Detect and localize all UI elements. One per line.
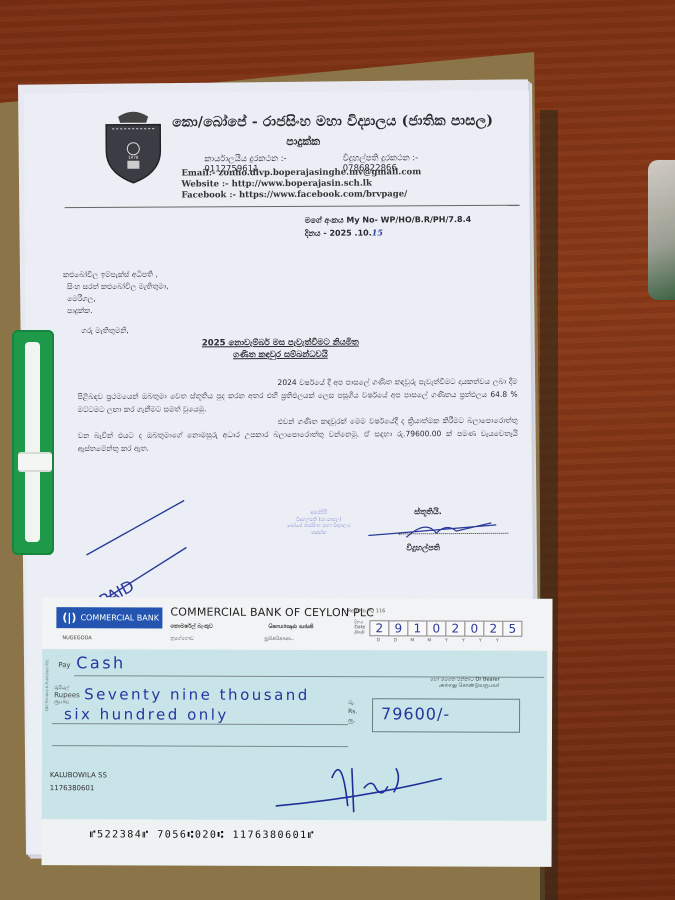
date-digit[interactable]: 0 xyxy=(464,621,484,637)
date-digit[interactable]: 2 xyxy=(483,621,503,637)
date-digit[interactable]: 9 xyxy=(388,620,408,636)
bank-logo-icon: (|) xyxy=(62,611,76,624)
amount-in-words-line2[interactable]: six hundred only xyxy=(64,705,229,724)
binder-strip xyxy=(25,342,40,542)
school-name: කො/බෝපේ - රාජසිංහ මහා විද්‍යාලය (ජාතික ප… xyxy=(172,113,493,131)
svg-text:1978: 1978 xyxy=(128,155,139,160)
bank-cheque: (|) COMMERCIAL BANK COMMERCIAL BANK OF C… xyxy=(42,597,553,867)
date-digit[interactable]: 2 xyxy=(369,620,389,636)
school-facebook: Facebook :- https://www.facebook.com/brv… xyxy=(182,189,408,200)
recipient-line: සිංහ සරත් කළුබෝවිල මැතිතුමා, xyxy=(67,281,169,294)
bank-name-tamil: கொமர்ஷல் வங்கி xyxy=(268,624,313,631)
amount-figures[interactable]: 79600/- xyxy=(381,704,450,723)
date-digit[interactable]: 5 xyxy=(502,621,522,637)
school-crest-icon: 1978 xyxy=(102,107,164,185)
pay-label: Pay xyxy=(58,661,70,669)
recipient-line: කළුබෝවිල ඉම්පැක්ස් අධිපති , xyxy=(63,269,158,281)
printer-imprint: CBC Printers & Publishers PLC xyxy=(45,659,49,711)
drawer-signature xyxy=(272,748,452,819)
bank-logo: (|) COMMERCIAL BANK xyxy=(56,607,162,628)
date-digit[interactable]: 2 xyxy=(445,621,465,637)
micr-line: ⑈522384⑈ 7056⑆020⑆ 1176380601⑈ xyxy=(90,829,316,841)
body-paragraph: 2024 වර්ෂයේ දී අප පාසලේ ගණිත කඳවුරු පැවැ… xyxy=(78,375,518,416)
paid-annotation: PAID xyxy=(66,492,207,603)
account-name: KALUBOWILA SS xyxy=(50,771,107,779)
date-format-hint: DDMM YYYY xyxy=(370,638,506,643)
letter-date: දිනය - 2025 .10.15 xyxy=(305,227,383,238)
rupees-label: රුපියල්Rupeesரூபாய் xyxy=(54,685,80,706)
principal-seal-stamp: අමරසිරිවිදුහල්පති (ජා.පාසල) බෝපේ රාජසිංහ… xyxy=(276,510,361,536)
date-field[interactable]: 2 9 1 0 2 0 2 5 xyxy=(370,620,522,637)
file-binder-clip xyxy=(12,330,54,555)
amount-in-words-line1[interactable]: Seventy nine thousand xyxy=(84,685,310,704)
recipient-line: පාදුක්ක. xyxy=(67,305,93,317)
bank-name-sinhala: කොමර්ෂල් බැංකුව xyxy=(170,624,212,631)
letter-body: 2024 වර්ෂයේ දී අප පාසලේ ගණිත කඳවුරු පැවැ… xyxy=(78,375,518,455)
body-paragraph: එවන් ගණිත කඳවුරක් මෙම වර්ෂයේදී ද ක්‍රියා… xyxy=(78,414,518,455)
date-label: දිනයDateதிகதி xyxy=(354,620,365,635)
payee-field[interactable]: Cash xyxy=(76,653,126,672)
or-bearer-label: හෝ රැගෙන එන්නාට Or Bearerஅல்லது கொண்டுவர… xyxy=(430,676,500,688)
principal-signature xyxy=(366,515,506,546)
account-number: 1176380601 xyxy=(50,784,95,792)
signatory-title: විදුහල්පති xyxy=(406,543,440,553)
letter-subject: 2025 නොවැම්බර් මස පැවැත්වීමට නියමිතගණිත … xyxy=(175,336,385,361)
date-digit[interactable]: 1 xyxy=(407,620,427,636)
recipient-line: මෙරීගල, xyxy=(67,293,96,305)
header-divider xyxy=(65,205,520,208)
date-digit[interactable]: 0 xyxy=(426,620,446,636)
reference-number: මගේ අංකය My No- WP/HO/B.R/PH/7.8.4 xyxy=(305,215,472,226)
branch-name: NUGEGODA xyxy=(62,635,91,641)
branch-name-tamil: நுகேகொடை xyxy=(264,636,294,642)
binder-fastener xyxy=(18,452,52,472)
bank-reg-no: - Reg.No.PQ 116 xyxy=(344,608,385,614)
school-website: Website :- http://www.boperajasin.sch.lk xyxy=(181,179,371,190)
school-email: Email:- zonho.divp.boperajasinghe.mv@gma… xyxy=(181,167,421,178)
plastic-bag xyxy=(648,160,675,300)
salutation: ගරු මැතිතුමනි, xyxy=(81,326,129,336)
school-location: පාදුක්ක xyxy=(286,135,320,149)
branch-name-sinhala: නුගේගොඩ xyxy=(170,636,193,642)
rs-label: රු.Rs.ரூ. xyxy=(348,698,357,725)
amount-figures-box[interactable]: 79600/- xyxy=(372,698,520,733)
